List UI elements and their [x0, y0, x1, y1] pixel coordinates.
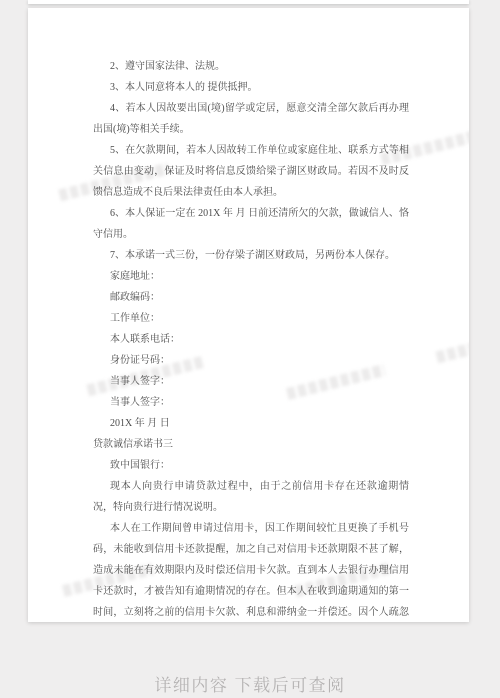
download-hint-text: 详细内容 下载后可查阅 — [0, 671, 500, 696]
doc-paragraph: 5、在欠款期间，若本人因故转工作单位或家庭住址、联系方式等相关信息由变动，保证及… — [93, 140, 409, 203]
doc-field-label: 当事人签字： — [93, 392, 409, 413]
doc-field-label: 本人联系电话： — [93, 329, 409, 350]
doc-date-line: 201X 年 月 日 — [93, 413, 409, 434]
doc-paragraph: 3、本人同意将本人的 提供抵押。 — [93, 77, 409, 98]
doc-paragraph: 现本人向贵行申请贷款过程中，由于之前信用卡存在还款逾期情况，特向贵行进行情况说明… — [93, 476, 409, 518]
doc-paragraph: 6、本人保证一定在 201X 年 月 日前还清所欠的欠款，做诚信人、恪守信用。 — [93, 203, 409, 245]
doc-paragraph: 4、若本人因故要出国(境)留学或定居，愿意交清全部欠款后再办理出国(境)等相关手… — [93, 98, 409, 140]
doc-paragraph: 本人在工作期间曾申请过信用卡，因工作期间较忙且更换了手机号码，未能收到信用卡还款… — [93, 518, 409, 622]
doc-salutation: 致中国银行： — [93, 455, 409, 476]
doc-field-label: 工作单位： — [93, 308, 409, 329]
doc-field-label: 当事人签字： — [93, 371, 409, 392]
doc-field-label: 邮政编码： — [93, 287, 409, 308]
doc-field-label: 家庭地址： — [93, 266, 409, 287]
doc-section-title: 贷款诚信承诺书三 — [93, 434, 409, 455]
previous-page-edge — [28, 0, 469, 4]
document-page: 2、遵守国家法律、法规。 3、本人同意将本人的 提供抵押。 4、若本人因故要出国… — [28, 8, 469, 622]
doc-field-label: 身份证号码： — [93, 350, 409, 371]
doc-paragraph: 2、遵守国家法律、法规。 — [93, 56, 409, 77]
document-body: 2、遵守国家法律、法规。 3、本人同意将本人的 提供抵押。 4、若本人因故要出国… — [28, 8, 469, 622]
doc-paragraph: 7、本承诺一式三份，一份存梁子湖区财政局，另两份本人保存。 — [93, 245, 409, 266]
